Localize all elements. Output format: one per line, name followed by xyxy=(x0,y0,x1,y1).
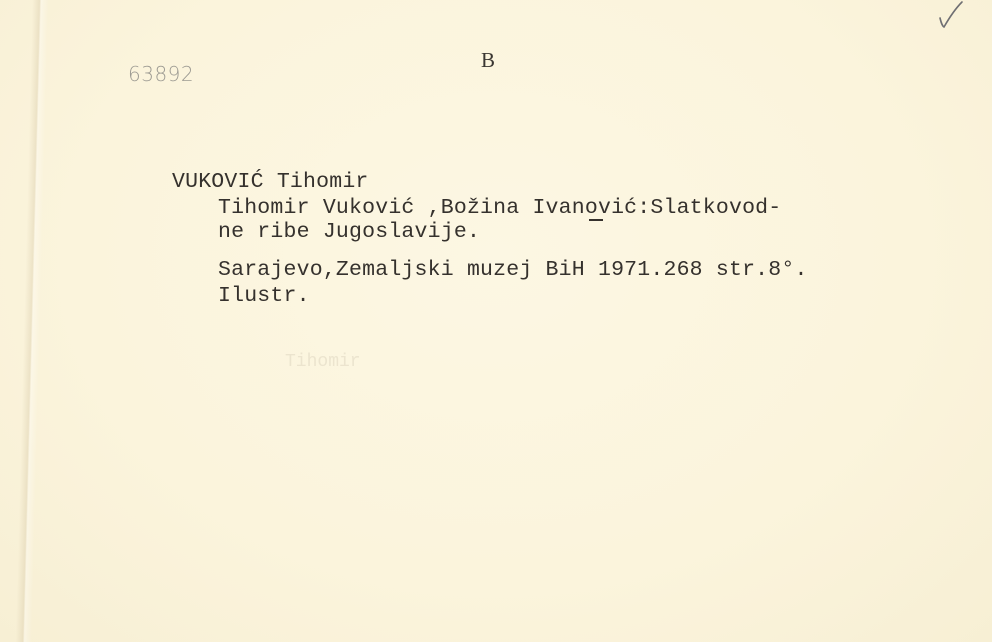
fold-line xyxy=(16,0,49,642)
section-letter: B xyxy=(481,48,495,73)
title-line-1: Tihomir Vuković ,Božina Ivanović:Slatkov… xyxy=(218,196,781,220)
author-heading: VUKOVIĆ Tihomir xyxy=(172,170,369,194)
accession-number: 63892 xyxy=(128,62,194,86)
illustration-note: Ilustr. xyxy=(218,284,310,308)
check-mark-icon xyxy=(932,0,966,32)
typed-underline xyxy=(589,219,603,221)
show-through-text: Tihomir xyxy=(285,352,361,372)
imprint-line: Sarajevo,Zemaljski muzej BiH 1971.268 st… xyxy=(218,258,808,282)
catalog-card: 63892 B VUKOVIĆ Tihomir Tihomir Vuković … xyxy=(0,0,992,642)
title-line-2: ne ribe Jugoslavije. xyxy=(218,220,480,244)
